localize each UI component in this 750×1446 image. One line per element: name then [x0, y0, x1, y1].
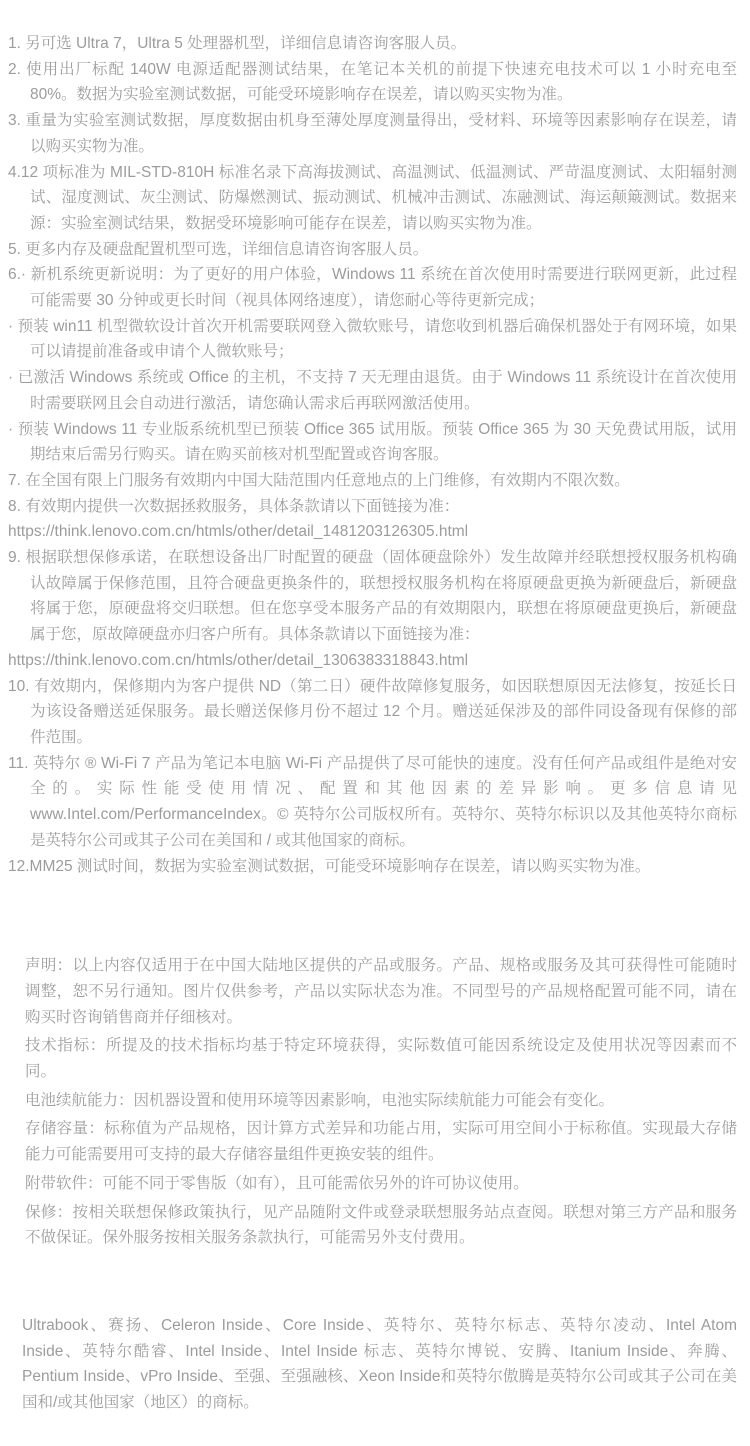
note-terms-url-2: https://think.lenovo.com.cn/htmls/other/…: [8, 648, 737, 674]
note-item-4: 4.12 项标准为 MIL-STD-810H 标准名录下高海拔测试、高温测试、低…: [8, 160, 737, 237]
note-terms-url-1: https://think.lenovo.com.cn/htmls/other/…: [8, 519, 737, 545]
declaration-statement: 声明：以上内容仅适用于在中国大陆地区提供的产品或服务。产品、规格或服务及其可获得…: [25, 953, 737, 1030]
note-item-11: 11. 英特尔 ® Wi-Fi 7 产品为笔记本电脑 Wi-Fi 产品提供了尽可…: [8, 751, 737, 854]
declaration-tech-specs: 技术指标：所提及的技术指标均基于特定环境获得，实际数值可能因系统设定及使用状况等…: [25, 1033, 737, 1084]
trademark-section: Ultrabook、赛扬、Celeron Inside、Core Inside、…: [8, 1313, 737, 1416]
declaration-section: 声明：以上内容仅适用于在中国大陆地区提供的产品或服务。产品、规格或服务及其可获得…: [8, 953, 737, 1251]
disclaimer-notes-list: 1. 另可选 Ultra 7，Ultra 5 处理器机型，详细信息请咨询客服人员…: [8, 31, 737, 879]
note-item-10: 10. 有效期内，保修期内为客户提供 ND（第二日）硬件故障修复服务，如因联想原…: [8, 674, 737, 751]
note-item-12: 12.MM25 测试时间，数据为实验室测试数据，可能受环境影响存在误差，请以购买…: [8, 854, 737, 880]
note-bullet-activated-windows: · 已激活 Windows 系统或 Office 的主机，不支持 7 天无理由退…: [8, 365, 737, 416]
intel-trademark-notice: Ultrabook、赛扬、Celeron Inside、Core Inside、…: [22, 1313, 737, 1416]
note-item-1: 1. 另可选 Ultra 7，Ultra 5 处理器机型，详细信息请咨询客服人员…: [8, 31, 737, 57]
declaration-battery-life: 电池续航能力：因机器设置和使用环境等因素影响，电池实际续航能力可能会有变化。: [25, 1088, 737, 1114]
note-item-5: 5. 更多内存及硬盘配置机型可选，详细信息请咨询客服人员。: [8, 237, 737, 263]
note-item-9: 9. 根据联想保修承诺，在联想设备出厂时配置的硬盘（固体硬盘除外）发生故障并经联…: [8, 545, 737, 648]
note-item-8: 8. 有效期内提供一次数据拯救服务，具体条款请以下面链接为准：: [8, 494, 737, 520]
note-bullet-office-trial: · 预装 Windows 11 专业版系统机型已预装 Office 365 试用…: [8, 417, 737, 468]
note-item-7: 7. 在全国有限上门服务有效期内中国大陆范围内任意地点的上门维修，有效期内不限次…: [8, 468, 737, 494]
product-disclaimer-page: 1. 另可选 Ultra 7，Ultra 5 处理器机型，详细信息请咨询客服人员…: [0, 0, 750, 1446]
declaration-warranty: 保修：按相关联想保修政策执行，见产品随附文件或登录联想服务站点查阅。联想对第三方…: [25, 1200, 737, 1251]
declaration-storage-capacity: 存储容量：标称值为产品规格，因计算方式差异和功能占用，实际可用空间小于标称值。实…: [25, 1116, 737, 1167]
note-item-6: 6.· 新机系统更新说明：为了更好的用户体验，Windows 11 系统在首次使…: [8, 262, 737, 313]
note-item-3: 3. 重量为实验室测试数据，厚度数据由机身至薄处厚度测量得出，受材料、环境等因素…: [8, 108, 737, 159]
declaration-bundled-software: 附带软件：可能不同于零售版（如有），且可能需依另外的许可协议使用。: [25, 1171, 737, 1197]
note-bullet-win11-account: · 预装 win11 机型微软设计首次开机需要联网登入微软账号，请您收到机器后确…: [8, 314, 737, 365]
note-item-2: 2. 使用出厂标配 140W 电源适配器测试结果，在笔记本关机的前提下快速充电技…: [8, 57, 737, 108]
